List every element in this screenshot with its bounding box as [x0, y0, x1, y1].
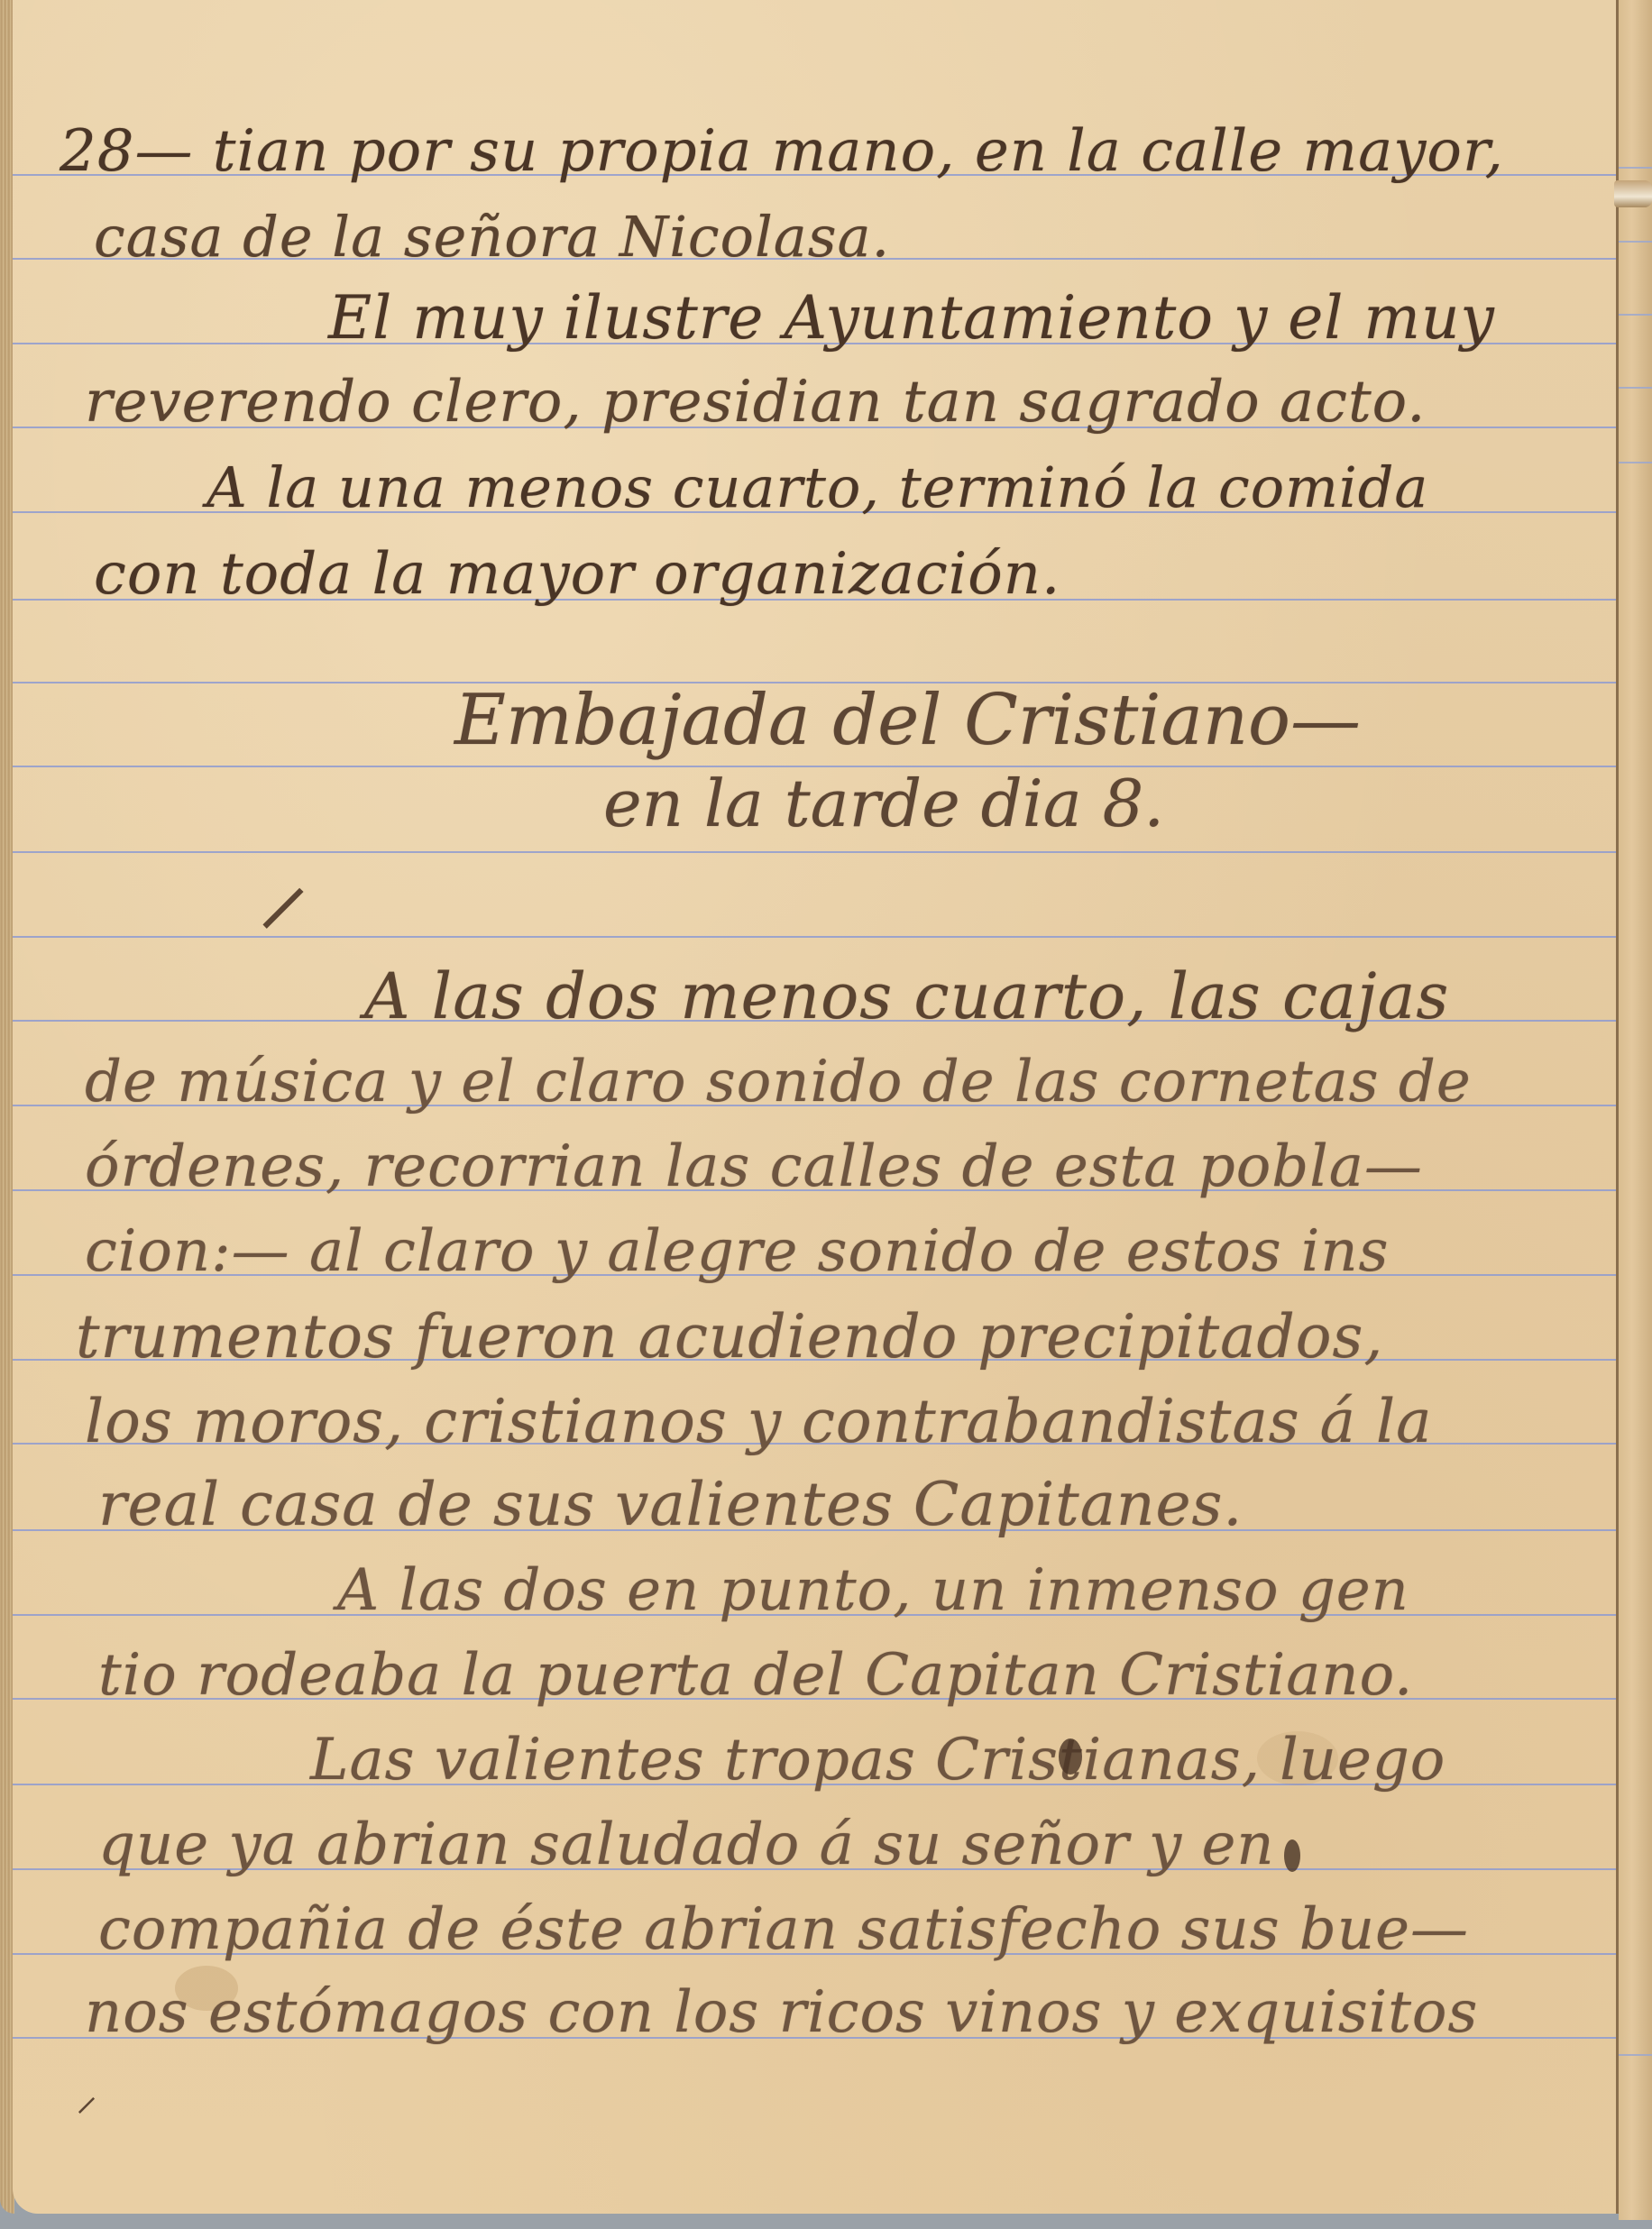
text-line-13: trumentos fueron acudiendo precipitados, — [76, 1307, 1383, 1367]
text-line-10: de música y el claro sonido de las corne… — [85, 1053, 1472, 1111]
heading-flourish: ⸝ — [256, 830, 310, 938]
trailing-pen-mark: ⸝ — [76, 2074, 97, 2117]
section-title: Embajada del Cristiano— — [454, 685, 1361, 756]
section-subtitle: en la tarde dia 8. — [603, 771, 1164, 836]
text-line-11: órdenes, recorrian las calles de esta po… — [85, 1138, 1423, 1196]
ruled-line — [13, 936, 1616, 938]
facing-ruled-line — [1619, 387, 1652, 389]
manuscript-page: 28— tian por su propia mano, en la calle… — [13, 0, 1619, 2214]
text-line-4: reverendo clero, presidian tan sagrado a… — [85, 373, 1426, 431]
binding-thread — [1614, 180, 1652, 207]
scanned-manuscript: 28— tian por su propia mano, en la calle… — [0, 0, 1652, 2229]
ink-blot — [1284, 1839, 1300, 1872]
text-line-2: casa de la señora Nicolasa. — [94, 209, 890, 265]
text-line-16: A las dos en punto, un inmenso gen — [337, 1562, 1409, 1619]
facing-ruled-line — [1619, 462, 1652, 463]
text-line-15: real casa de sus valientes Capitanes. — [98, 1475, 1243, 1535]
facing-ruled-line — [1619, 2054, 1652, 2056]
facing-ruled-line — [1619, 167, 1652, 169]
text-line-12: cion:— al claro y alegre sonido de estos… — [85, 1223, 1389, 1280]
text-line-21: nos estómagos con los ricos vinos y exqu… — [85, 1984, 1478, 2041]
facing-ruled-line — [1619, 314, 1652, 316]
text-line-20: compañia de éste abrian satisfecho sus b… — [98, 1901, 1469, 1958]
facing-ruled-line — [1619, 241, 1652, 243]
text-line-5: A la una menos cuarto, terminó la comida — [206, 460, 1428, 516]
text-line-17: tio rodeaba la puerta del Capitan Cristi… — [98, 1647, 1413, 1704]
text-line-18: Las valientes tropas Cristianas, luego — [310, 1731, 1445, 1789]
ink-blot — [1059, 1738, 1082, 1775]
text-line-9: A las dos menos cuarto, las cajas — [364, 965, 1449, 1028]
text-line-14: los moros, cristianos y contrabandistas … — [85, 1392, 1432, 1452]
ruled-line — [13, 851, 1616, 853]
facing-page-edge — [1619, 0, 1652, 2220]
text-line-3: El muy ilustre Ayuntamiento y el muy — [328, 289, 1495, 348]
text-line-1: 28— tian por su propia mano, en la calle… — [60, 123, 1504, 180]
text-line-6: con toda la mayor organización. — [94, 546, 1060, 603]
text-line-19: que ya abrian saludado á su señor y en — [98, 1816, 1275, 1874]
